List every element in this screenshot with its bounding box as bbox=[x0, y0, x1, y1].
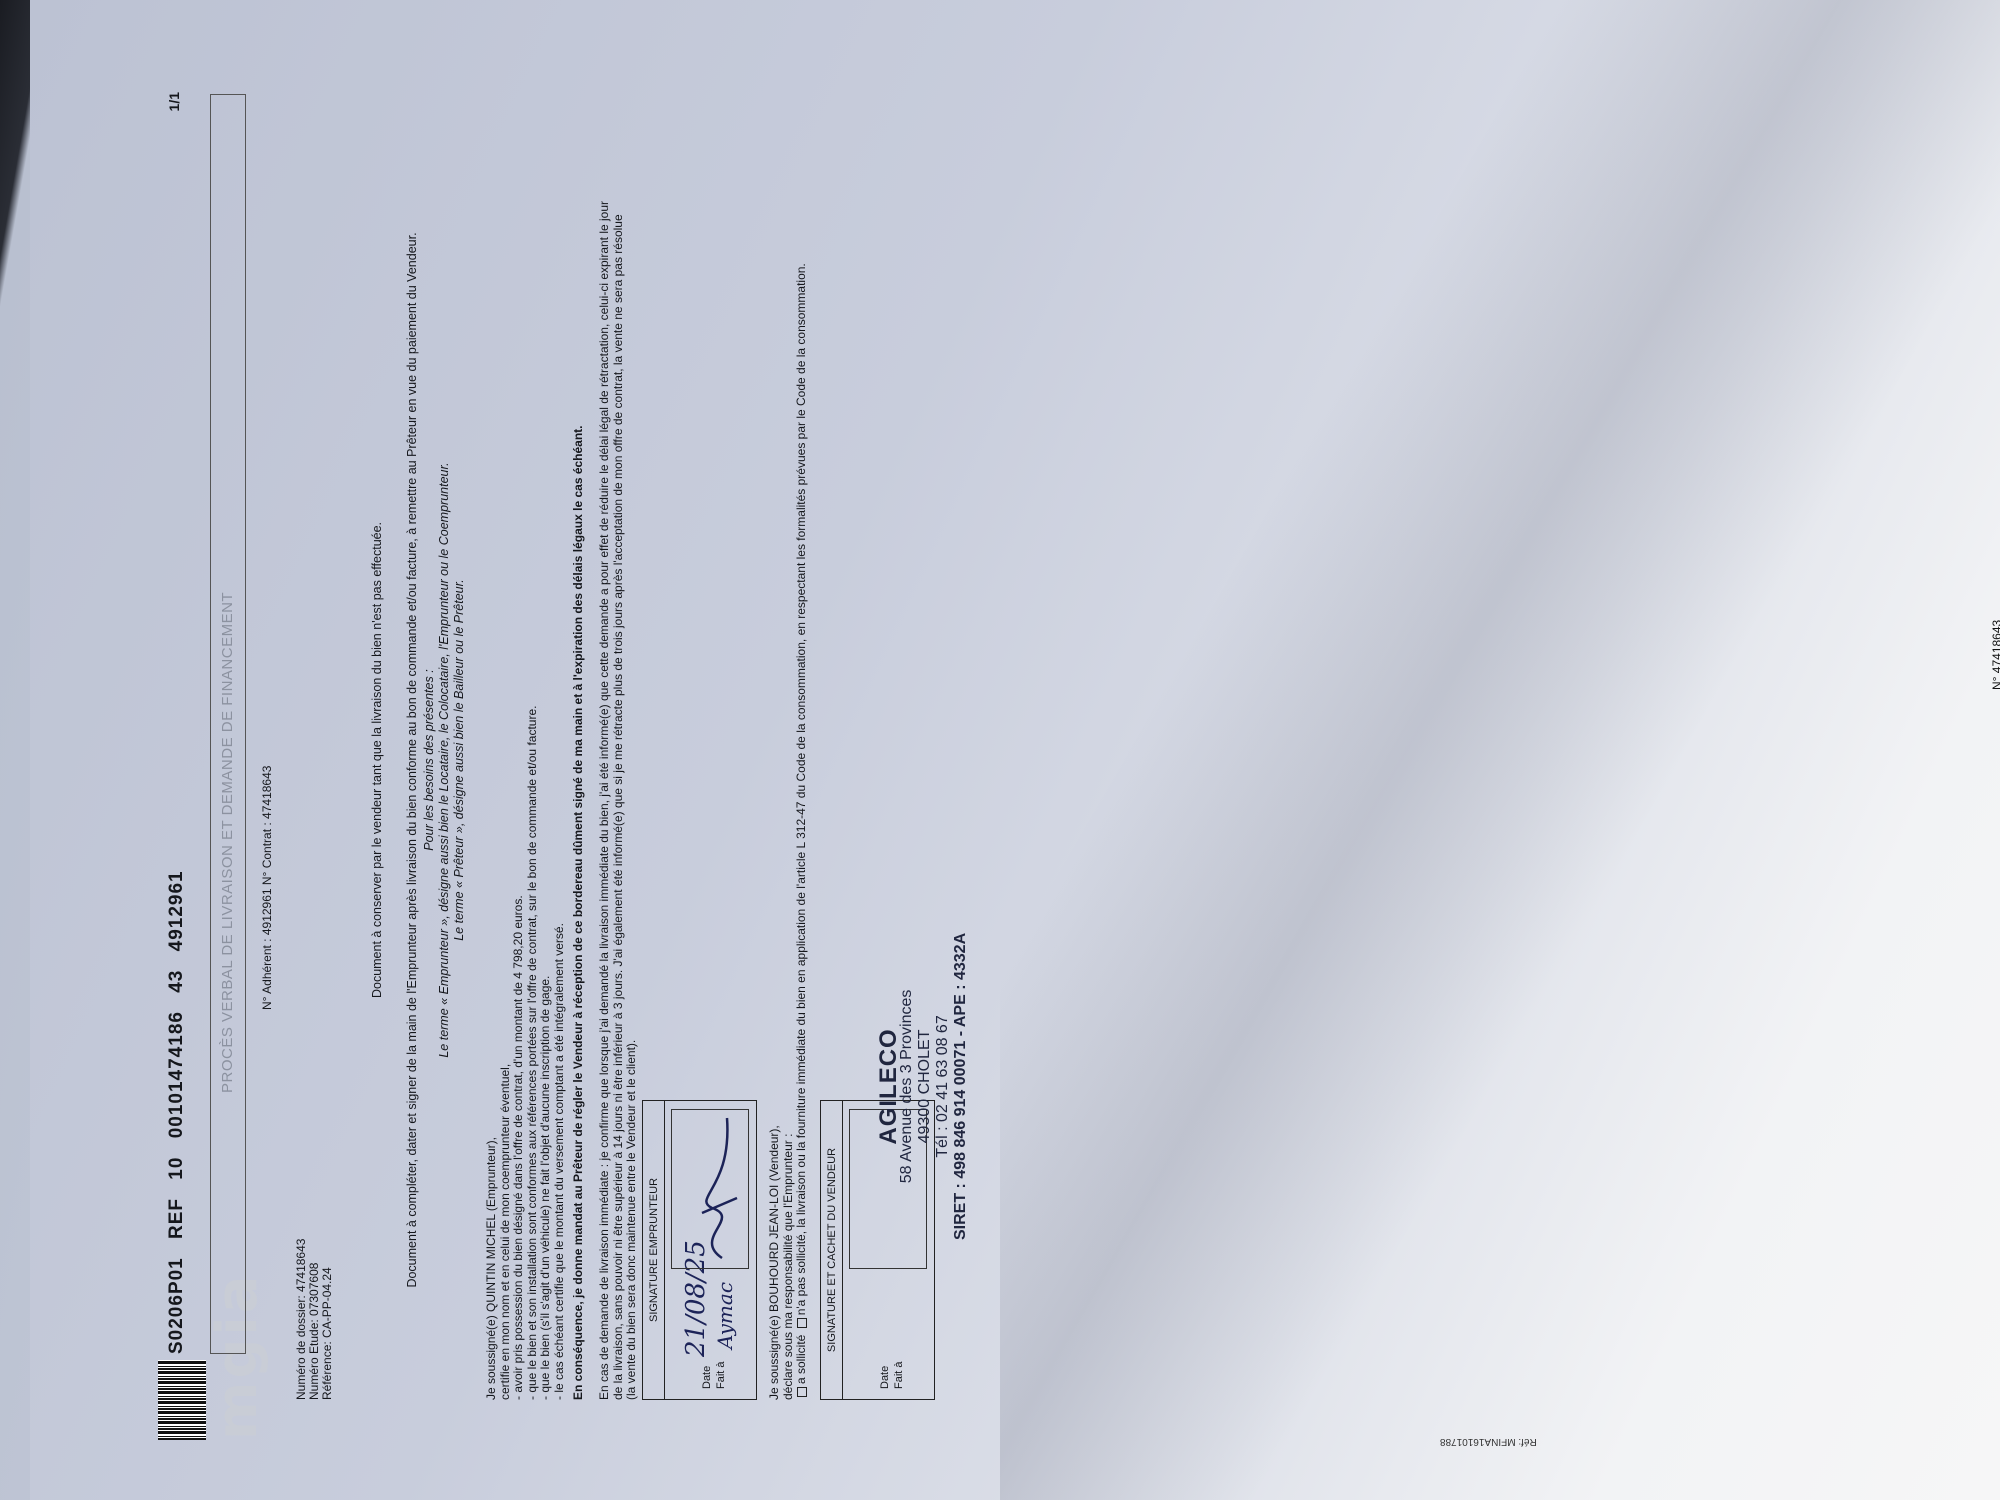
option-na-pas-sollicite: n'a pas sollicité, la livraison ou la fo… bbox=[794, 263, 808, 1315]
document-page: S0206P01 REF 10 00101474186 43 4912961 1… bbox=[120, 80, 1120, 1440]
livraison-line: En cas de demande de livraison immédiate… bbox=[598, 100, 612, 1400]
stamp-address: 58 Avenue des 3 Provinces bbox=[898, 933, 916, 1240]
declaration-line: - avoir pris possession du bien désigné … bbox=[512, 100, 526, 1400]
checkbox-a-sollicite[interactable] bbox=[797, 1387, 807, 1397]
header: S0206P01 REF 10 00101474186 43 4912961 1… bbox=[140, 80, 200, 1440]
terme-preteur: Le terme « Prêteur », désigne aussi bien… bbox=[452, 80, 466, 1440]
title-box: Procès verbal de livraison et demande de… bbox=[210, 94, 246, 1354]
date-label: Date bbox=[701, 1366, 713, 1389]
declaration-line: - le cas échéant certifie que le montant… bbox=[553, 100, 567, 1400]
stamp-tel: Tél : 02 41 63 08 67 bbox=[934, 933, 952, 1240]
page-number: 1/1 bbox=[166, 92, 182, 111]
signature-emprunteur-header: Signature Emprunteur bbox=[643, 1101, 665, 1399]
vendeur-line: déclare sous ma responsabilité que l'Emp… bbox=[782, 100, 796, 1400]
signature-area[interactable] bbox=[671, 1109, 749, 1269]
emprunteur-declaration: Je soussigné(e) QUINTIN MICHEL (Emprunte… bbox=[485, 100, 566, 1400]
date-label: Date bbox=[879, 1366, 891, 1389]
barcode-icon bbox=[158, 1360, 206, 1440]
option-a-sollicite: a sollicité bbox=[794, 1335, 808, 1384]
handwritten-place: Aymac bbox=[713, 1282, 737, 1349]
declaration-line: - que le bien (s'il s'agit d'un véhicule… bbox=[539, 100, 553, 1400]
signature-scribble-icon bbox=[672, 1108, 750, 1268]
mandat-text: En conséquence, je donne mandat au Prête… bbox=[572, 100, 586, 1400]
footer-reference: Réf: MFINA16101788 bbox=[1440, 1436, 1537, 1447]
adherent-contract: N° Adhérent : 4912961 N° Contrat : 47418… bbox=[260, 766, 274, 1010]
fait-label: Fait à bbox=[893, 1361, 905, 1389]
vendeur-declaration: Je soussigné(e) BOUHOURD JEAN-LOI (Vende… bbox=[768, 100, 809, 1400]
livraison-immediate: En cas de demande de livraison immédiate… bbox=[598, 100, 639, 1400]
stamp-name: AGILECO bbox=[880, 933, 898, 1240]
vendeur-line: Je soussigné(e) BOUHOURD JEAN-LOI (Vende… bbox=[768, 100, 782, 1400]
signature-emprunteur-box[interactable]: Signature Emprunteur Date Fait à 21/08/2… bbox=[642, 1100, 757, 1400]
checkbox-na-pas-sollicite[interactable] bbox=[797, 1318, 807, 1328]
livraison-line: (la vente du bien sera donc maintenue en… bbox=[625, 100, 639, 1400]
fait-label: Fait à bbox=[715, 1361, 727, 1389]
company-stamp: AGILECO 58 Avenue des 3 Provinces 49300 … bbox=[880, 933, 970, 1240]
intro-completer: Document à compléter, dater et signer de… bbox=[405, 80, 419, 1440]
declaration-line: certifie en mon nom et en celui de mon c… bbox=[499, 100, 513, 1400]
side-number: N° 47418643 bbox=[1990, 620, 2000, 690]
stamp-city: 49300 CHOLET bbox=[916, 933, 934, 1240]
vendeur-options: a sollicité n'a pas sollicité, la livrai… bbox=[795, 100, 809, 1400]
intro-conserver: Document à conserver par le vendeur tant… bbox=[370, 80, 384, 1440]
declaration-line: Je soussigné(e) QUINTIN MICHEL (Emprunte… bbox=[485, 100, 499, 1400]
terme-emprunteur: Le terme « Emprunteur », désigne aussi b… bbox=[437, 80, 451, 1440]
signature-vendeur-header: Signature et cachet du vendeur bbox=[821, 1101, 843, 1399]
livraison-line: de la livraison, sans pouvoir ni être su… bbox=[612, 100, 626, 1400]
besoins-label: Pour les besoins des présentes : bbox=[422, 80, 436, 1440]
reference-line: S0206P01 REF 10 00101474186 43 4912961 bbox=[166, 870, 188, 1354]
document-title: Procès verbal de livraison et demande de… bbox=[219, 592, 236, 1093]
stamp-siret: SIRET : 498 846 914 00071 - APE : 4332A bbox=[952, 933, 970, 1240]
dossier-meta: Numéro de dossier: 47418643 Numéro Etude… bbox=[295, 1239, 334, 1400]
declaration-line: - que le bien et son installation sont c… bbox=[526, 100, 540, 1400]
reference: Référence: CA-PP-04.24 bbox=[321, 1239, 334, 1400]
